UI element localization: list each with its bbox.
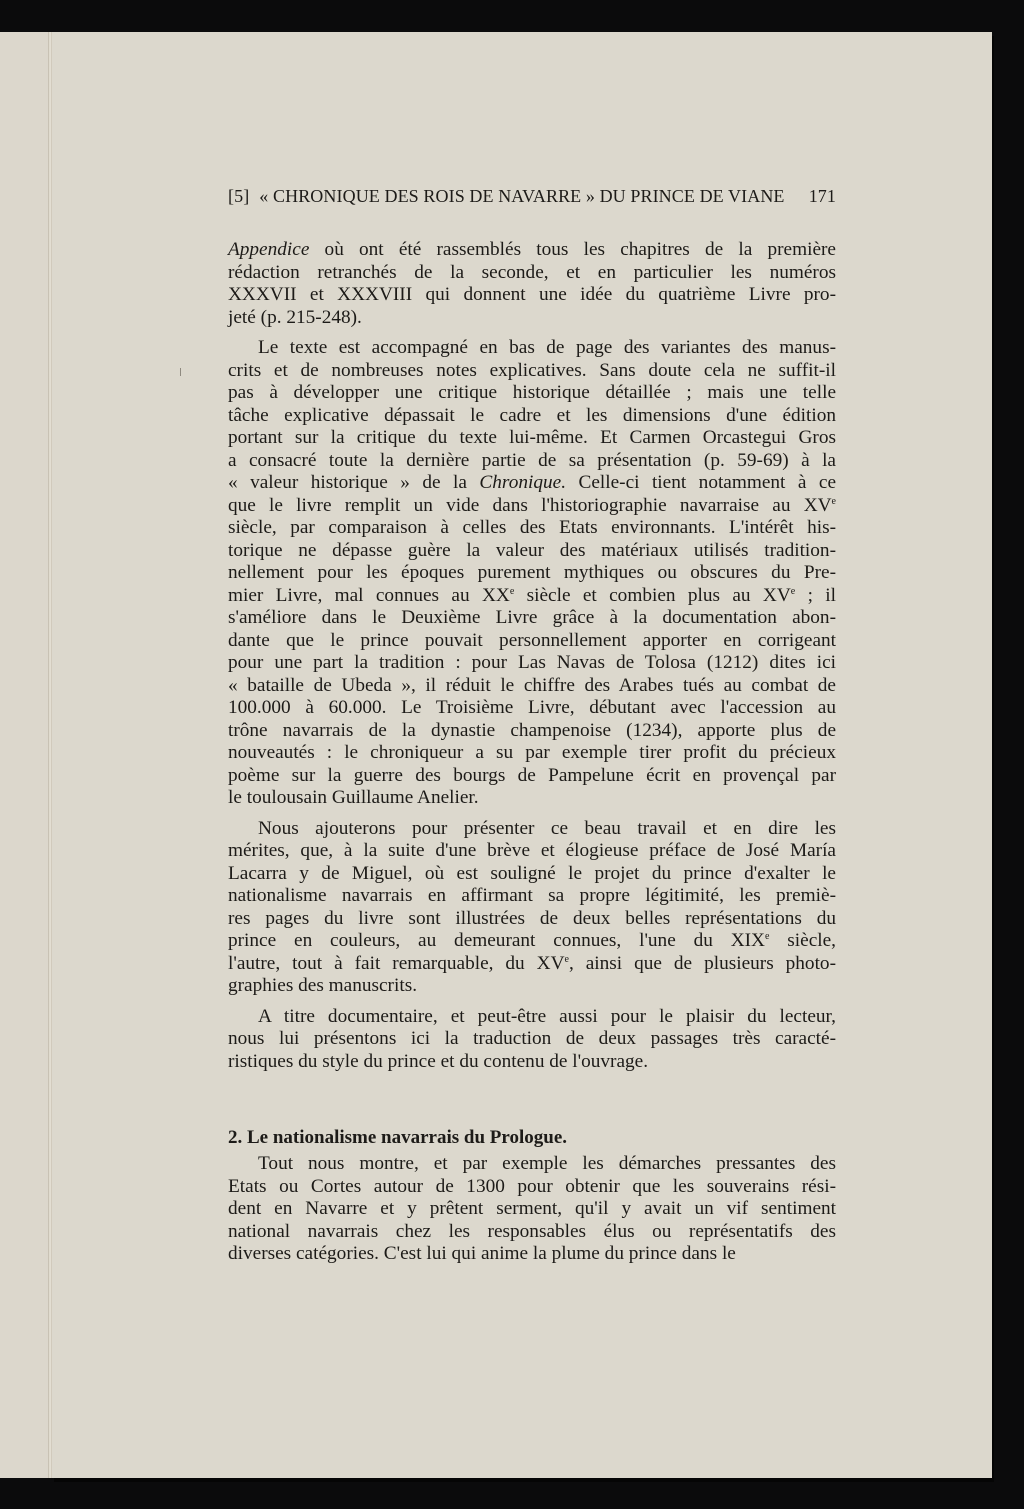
text-line: Nous ajouterons pour présenter ce beau t… — [228, 818, 836, 841]
text-line: res pages du livre sont illustrées de de… — [228, 908, 836, 931]
text-line: Appendice où ont été rassemblés tous les… — [228, 239, 836, 262]
paragraph: Appendice où ont été rassemblés tous les… — [228, 239, 836, 329]
text-line: tâche explicative dépassait le cadre et … — [228, 405, 836, 428]
text-line: graphies des manuscrits. — [228, 975, 836, 998]
text-line: trône navarrais de la dynastie champenoi… — [228, 720, 836, 743]
text-line: prince en couleurs, au demeurant connues… — [228, 930, 836, 953]
text-line: « bataille de Ubeda », il réduit le chif… — [228, 675, 836, 698]
section-ref: [5] — [228, 186, 249, 207]
text-line: portant sur la critique du texte lui-mêm… — [228, 427, 836, 450]
paragraph: Nous ajouterons pour présenter ce beau t… — [228, 818, 836, 998]
text-line: Lacarra y de Miguel, où est souligné le … — [228, 863, 836, 886]
text-line: « valeur historique » de la Chronique. C… — [228, 472, 836, 495]
text-line: poème sur la guerre des bourgs de Pampel… — [228, 765, 836, 788]
text-line: nous lui présentons ici la traduction de… — [228, 1028, 836, 1051]
text-line: nouveautés : le chroniqueur a su par exe… — [228, 742, 836, 765]
text-line: ristiques du style du prince et du conte… — [228, 1051, 836, 1074]
text-line: siècle, par comparaison à celles des Eta… — [228, 517, 836, 540]
paragraph: Tout nous montre, et par exemple les dém… — [228, 1153, 836, 1266]
text-line: le toulousain Guillaume Anelier. — [228, 787, 836, 810]
text-line: Tout nous montre, et par exemple les dém… — [228, 1153, 836, 1176]
text-line: mier Livre, mal connues au XXe siècle et… — [228, 585, 836, 608]
text-line: pas à développer une critique historique… — [228, 382, 836, 405]
text-line: pour une part la tradition : pour Las Na… — [228, 652, 836, 675]
paragraph: A titre documentaire, et peut-être aussi… — [228, 1006, 836, 1074]
text-line: l'autre, tout à fait remarquable, du XVe… — [228, 953, 836, 976]
text-line: que le livre remplit un vide dans l'hist… — [228, 495, 836, 518]
text-line: dent en Navarre et y prêtent serment, qu… — [228, 1198, 836, 1221]
page-content: [5] « CHRONIQUE DES ROIS DE NAVARRE » DU… — [228, 186, 836, 1274]
text-line: 100.000 à 60.000. Le Troisième Livre, dé… — [228, 697, 836, 720]
text-line: Le texte est accompagné en bas de page d… — [228, 337, 836, 360]
text-line: s'améliore dans le Deuxième Livre grâce … — [228, 607, 836, 630]
body-text: Appendice où ont été rassemblés tous les… — [228, 239, 836, 1073]
text-line: Etats ou Cortes autour de 1300 pour obte… — [228, 1176, 836, 1199]
text-line: A titre documentaire, et peut-être aussi… — [228, 1006, 836, 1029]
text-line: mérites, que, à la suite d'une brève et … — [228, 840, 836, 863]
text-line: nellement pour les époques purement myth… — [228, 562, 836, 585]
text-line: crits et de nombreuses notes explicative… — [228, 360, 836, 383]
running-header: [5] « CHRONIQUE DES ROIS DE NAVARRE » DU… — [228, 186, 836, 207]
text-line: national navarrais chez les responsables… — [228, 1221, 836, 1244]
text-line: diverses catégories. C'est lui qui anime… — [228, 1243, 836, 1266]
section-heading: 2. Le nationalisme navarrais du Prologue… — [228, 1127, 836, 1149]
text-line: nationalisme navarrais en affirmant sa p… — [228, 885, 836, 908]
text-line: rédaction retranchés de la seconde, et e… — [228, 262, 836, 285]
running-title: « CHRONIQUE DES ROIS DE NAVARRE » DU PRI… — [259, 186, 808, 207]
facing-page-edge — [0, 32, 50, 1478]
text-line: a consacré toute la dernière partie de s… — [228, 450, 836, 473]
paragraph: Le texte est accompagné en bas de page d… — [228, 337, 836, 810]
page-number: 171 — [809, 186, 836, 207]
text-line: XXXVII et XXXVIII qui donnent une idée d… — [228, 284, 836, 307]
text-line: dante que le prince pouvait personnellem… — [228, 630, 836, 653]
section-body-text: Tout nous montre, et par exemple les dém… — [228, 1153, 836, 1266]
book-spine — [48, 32, 52, 1478]
text-line: torique ne dépasse guère la valeur des m… — [228, 540, 836, 563]
stray-mark — [180, 368, 181, 376]
text-line: jeté (p. 215-248). — [228, 307, 836, 330]
